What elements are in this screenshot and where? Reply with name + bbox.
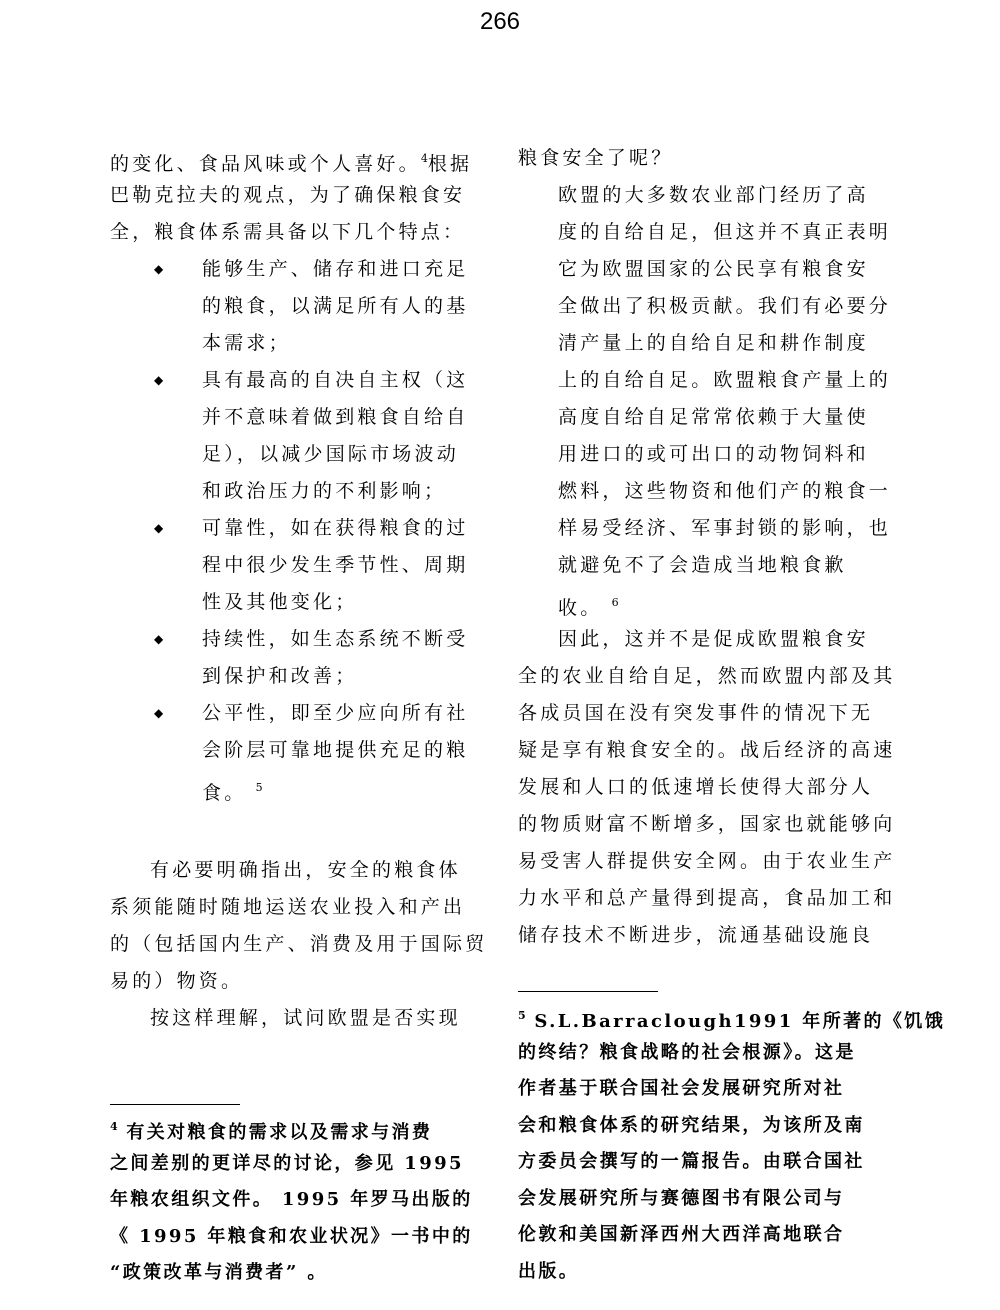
- text-line: 巴勒克拉夫的观点，为了确保粮食安: [110, 177, 475, 214]
- diamond-bullet-icon: ◆: [154, 695, 166, 732]
- bullet-item: ◆能够生产、储存和进口充足 的粮食，以满足所有人的基 本需求；: [110, 251, 475, 362]
- footnote-ref-4[interactable]: 4: [421, 152, 428, 165]
- diamond-bullet-icon: ◆: [154, 362, 166, 399]
- page-number: 266: [0, 8, 1000, 36]
- diamond-bullet-icon: ◆: [154, 621, 166, 658]
- footnote-5: 5 S.L.Barraclough1991 年所著的《饥饿 的终结？粮食战略的社…: [518, 991, 888, 1290]
- diamond-bullet-icon: ◆: [154, 251, 166, 288]
- right-column: 粮食安全了呢？ 欧盟的大多数农业部门经历了高 度的自给自足，但这并不真正表明 它…: [518, 140, 880, 954]
- text-line: 的变化、食品风味或个人喜好。4根据: [110, 140, 475, 177]
- paragraph: 按这样理解，试问欧盟是否实现: [110, 1000, 475, 1037]
- diamond-bullet-icon: ◆: [154, 510, 166, 547]
- footnote-4: 4 有关对粮食的需求以及需求与消费 之间差别的更详尽的讨论，参见 1995 年粮…: [110, 1104, 480, 1292]
- footnote-divider: [110, 1104, 240, 1105]
- footnote-divider: [518, 991, 658, 992]
- paragraph: 有必要明确指出，安全的粮食体 系须能随时随地运送农业投入和产出 的（包括国内生产…: [110, 852, 475, 1000]
- bullet-item: ◆可靠性，如在获得粮食的过 程中很少发生季节性、周期 性及其他变化；: [110, 510, 475, 621]
- paragraph: 欧盟的大多数农业部门经历了高 度的自给自足，但这并不真正表明 它为欧盟国家的公民…: [518, 177, 880, 621]
- footnote-ref-5[interactable]: 5: [256, 781, 263, 794]
- footnote-ref-6[interactable]: 6: [612, 596, 619, 609]
- paragraph: 因此，这并不是促成欧盟粮食安 全的农业自给自足，然而欧盟内部及其 各成员国在没有…: [518, 621, 880, 954]
- bullet-item: ◆持续性，如生态系统不断受 到保护和改善；: [110, 621, 475, 695]
- bullet-item: ◆具有最高的自决自主权（这 并不意味着做到粮食自给自 足），以减少国际市场波动 …: [110, 362, 475, 510]
- bullet-item: ◆公平性，即至少应向所有社 会阶层可靠地提供充足的粮 食。 5: [110, 695, 475, 806]
- bullet-list: ◆能够生产、储存和进口充足 的粮食，以满足所有人的基 本需求； ◆具有最高的自决…: [110, 251, 475, 806]
- left-column: 的变化、食品风味或个人喜好。4根据 巴勒克拉夫的观点，为了确保粮食安 全，粮食体…: [110, 140, 475, 1037]
- footnote-number: 4: [110, 1120, 118, 1133]
- footnote-number: 5: [518, 1009, 526, 1022]
- text-line: 全，粮食体系需具备以下几个特点：: [110, 214, 475, 251]
